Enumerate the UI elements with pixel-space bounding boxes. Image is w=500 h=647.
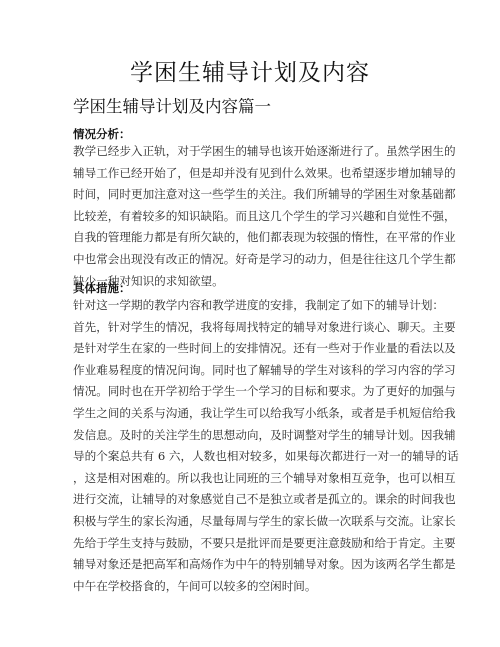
text-line: 教学已经步入正轨，对于学困生的辅导也该开始逐渐进行了。虽然学困生的 <box>73 141 418 163</box>
document-title: 学困生辅导计划及内容 <box>0 58 500 88</box>
document-subtitle: 学困生辅导计划及内容篇一 <box>73 96 271 118</box>
text-line: 进行交流，让辅导的对象感觉自己不是独立或者是孤立的。课余的时间我也 <box>73 489 418 511</box>
text-line: 学生之间的关系与沟通，我让学生可以给我写小纸条，或者是手机短信给我 <box>73 403 418 425</box>
text-line: 首先，针对学生的情况，我将每周找特定的辅导对象进行谈心、聊天。主要 <box>73 317 418 339</box>
text-line: 导的个案总共有 6 六，人数也相对较多，如果每次都进行一对一的辅导的话 <box>73 446 418 468</box>
paragraph-specific-measures: 针对这一学期的教学内容和教学进度的安排，我制定了如下的辅导计划： 首先，针对学生… <box>73 295 418 597</box>
text-line: ，这是相对困难的。所以我也让同班的三个辅导对象相互竞争，也可以相互 <box>73 468 418 490</box>
text-line: 发信息。及时的关注学生的思想动向，及时调整对学生的辅导计划。因我辅 <box>73 425 418 447</box>
document-page: 学困生辅导计划及内容 学困生辅导计划及内容篇一 情况分析： 教学已经步入正轨，对… <box>0 0 500 647</box>
text-line: 时间，同时更加注意对这一些学生的关注。我们所辅导的学困生对象基础都 <box>73 184 418 206</box>
text-line: 中也常会出现没有改正的情况。好奇是学习的动力，但是往往这几个学生都 <box>73 249 418 271</box>
text-line: 作业难易程度的情况问询。同时也了解辅导的学生对该科的学习内容的学习 <box>73 360 418 382</box>
text-line: 针对这一学期的教学内容和教学进度的安排，我制定了如下的辅导计划： <box>73 295 418 317</box>
text-line: 自我的管理能力都是有所欠缺的，他们都表现为较强的惰性，在平常的作业 <box>73 227 418 249</box>
text-line: 比较差，有着较多的知识缺陷。而且这几个学生的学习兴趣和自觉性不强， <box>73 206 418 228</box>
paragraph-situation-analysis: 教学已经步入正轨，对于学困生的辅导也该开始逐渐进行了。虽然学困生的 辅导工作已经… <box>73 141 418 292</box>
text-line: 辅导工作已经开始了，但是却并没有见到什么效果。也希望逐步增加辅导的 <box>73 163 418 185</box>
text-line: 是针对学生在家的一些时间上的安排情况。还有一些对于作业量的看法以及 <box>73 338 418 360</box>
text-line: 中午在学校搭食的，午间可以较多的空闲时间。 <box>73 576 418 598</box>
section-label-specific-measures: 具体措施： <box>73 280 131 296</box>
text-line: 情况。同时也在开学初给于学生一个学习的目标和要求。为了更好的加强与 <box>73 381 418 403</box>
text-line: 辅导对象还是把高军和高炀作为中午的特别辅导对象。因为该两名学生都是 <box>73 554 418 576</box>
section-label-situation-analysis: 情况分析： <box>73 126 131 142</box>
text-line: 先给于学生支持与鼓励，不要只是批评而是要更注意鼓励和给于肯定。主要 <box>73 533 418 555</box>
text-line: 积极与学生的家长沟通，尽量每周与学生的家长做一次联系与交流。让家长 <box>73 511 418 533</box>
